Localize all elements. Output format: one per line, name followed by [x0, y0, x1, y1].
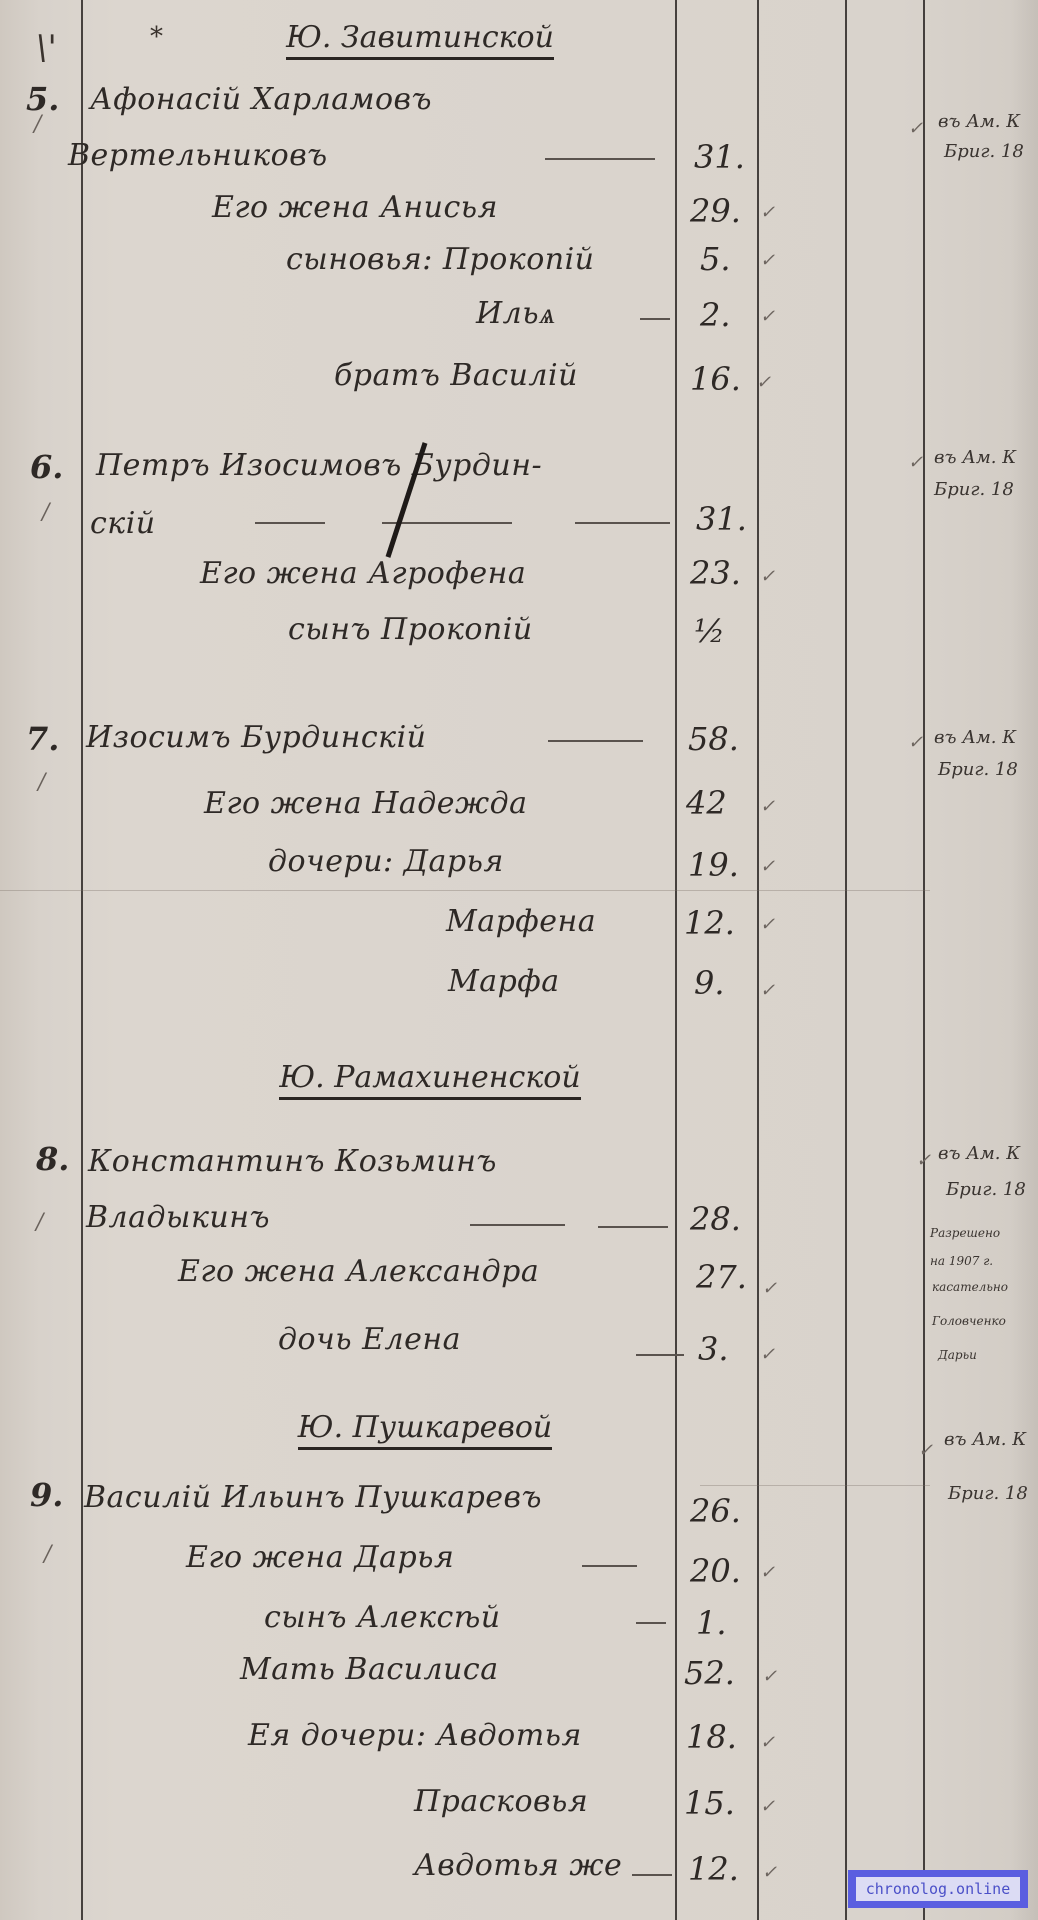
person-name: Петръ Изосимовъ Бурдин-	[96, 448, 542, 483]
age-value: 3.	[698, 1330, 729, 1368]
age-value: 15.	[684, 1784, 735, 1822]
age-value: 2.	[700, 296, 731, 334]
note-text: Головченко	[932, 1310, 1006, 1332]
check-mark: ✓	[918, 1440, 933, 1461]
age-value: 1.	[696, 1604, 727, 1642]
note-text: Бриг. 18	[944, 140, 1024, 164]
filler-dash	[255, 522, 325, 524]
person-name: Марфена	[446, 904, 596, 939]
person-name: Прасковья	[414, 1784, 588, 1819]
section-heading-text: Ю. Завитинской	[286, 20, 554, 60]
check-mark: ✓	[760, 202, 775, 223]
paper-crease	[700, 1485, 930, 1486]
check-mark: ✓	[762, 1278, 777, 1299]
age-value: 27.	[696, 1258, 747, 1296]
column-rule-margin	[81, 0, 83, 1920]
note-text: Бриг. 18	[948, 1482, 1028, 1506]
person-name: Вертельниковъ	[68, 138, 328, 173]
person-name: Василій Ильинъ Пушкаревъ	[84, 1480, 542, 1515]
age-value: 16.	[690, 360, 741, 398]
note-text: Разрешено	[930, 1222, 1000, 1244]
age-value: 42	[686, 784, 727, 822]
watermark-text: chronolog.online	[856, 1877, 1021, 1901]
filler-dash	[575, 522, 670, 524]
filler-dash	[640, 318, 670, 320]
person-name: сыновья: Прокопій	[286, 242, 595, 277]
person-name: дочь Елена	[278, 1322, 461, 1357]
note-text: въ Ам. К	[944, 1428, 1026, 1452]
check-mark: ✓	[760, 1344, 775, 1365]
person-name: Его жена Александра	[178, 1254, 539, 1289]
check-mark: ✓	[760, 1732, 775, 1753]
filler-dash	[548, 740, 643, 742]
filler-dash	[636, 1622, 666, 1624]
age-value: 12.	[684, 904, 735, 942]
person-name: Мать Василиса	[240, 1652, 499, 1687]
check-mark: ✓	[760, 856, 775, 877]
age-value: 5.	[700, 240, 731, 278]
note-text: Бриг. 18	[946, 1178, 1026, 1202]
person-name: сынъ Прокопій	[288, 612, 533, 647]
age-value: 9.	[694, 964, 725, 1002]
margin-mark: /	[36, 1210, 43, 1235]
age-value: 23.	[690, 554, 741, 592]
age-value: 18.	[686, 1718, 737, 1756]
person-name: Ильѧ	[476, 296, 556, 331]
margin-mark: \'	[36, 28, 57, 68]
entry-number: 7.	[26, 720, 59, 758]
person-name: Изосимъ Бурдинскій	[86, 720, 427, 755]
check-mark: ✓	[762, 1666, 777, 1687]
person-name: сынъ Алексѣй	[264, 1600, 501, 1635]
age-value: 52.	[684, 1654, 735, 1692]
person-name: Афонасій Харламовъ	[90, 82, 432, 117]
person-name: Константинъ Козьминъ	[88, 1144, 497, 1179]
person-name: Авдотья же	[414, 1848, 622, 1883]
margin-mark: /	[38, 770, 45, 795]
filler-dash	[582, 1565, 637, 1567]
check-mark: ✓	[756, 372, 771, 393]
section-heading: Ю. Пушкаревой	[220, 1410, 630, 1445]
check-mark: ✓	[760, 566, 775, 587]
check-mark: ✓	[762, 1862, 777, 1883]
note-text: въ Ам. К	[938, 1142, 1020, 1166]
check-mark: ✓	[916, 1150, 931, 1171]
note-text: въ Ам. К	[934, 446, 1016, 470]
entry-number: 8.	[36, 1140, 69, 1178]
person-name: дочери: Дарья	[268, 844, 504, 879]
person-name: Марфа	[448, 964, 560, 999]
check-mark: ✓	[760, 1562, 775, 1583]
person-name: Ея дочери: Авдотья	[248, 1718, 582, 1753]
person-name: скій	[90, 506, 156, 541]
age-value: 20.	[690, 1552, 741, 1590]
register-page: \' * Ю. Завитинской 5. / Афонасій Харлам…	[0, 0, 1038, 1920]
check-mark: ✓	[908, 118, 923, 139]
column-rule-age	[757, 0, 759, 1920]
age-value: 58.	[688, 720, 739, 758]
filler-dash	[632, 1874, 672, 1876]
filler-dash	[470, 1224, 565, 1226]
check-mark: ✓	[760, 250, 775, 271]
column-rule-notes	[923, 0, 925, 1920]
check-mark: ✓	[760, 796, 775, 817]
entry-number: 6.	[30, 448, 63, 486]
note-text: Бриг. 18	[938, 758, 1018, 782]
age-value: 31.	[694, 138, 745, 176]
age-value: 31.	[696, 500, 747, 538]
check-mark: ✓	[760, 914, 775, 935]
note-text: въ Ам. К	[938, 110, 1020, 134]
margin-mark: /	[44, 1542, 51, 1567]
person-name: Его жена Анисья	[212, 190, 498, 225]
person-name: Его жена Надежда	[204, 786, 528, 821]
watermark-badge[interactable]: chronolog.online	[848, 1870, 1028, 1908]
check-mark: ✓	[760, 1796, 775, 1817]
check-mark: ✓	[760, 980, 775, 1001]
note-text: Дарьи	[938, 1344, 977, 1366]
age-value: 28.	[690, 1200, 741, 1238]
section-heading-text: Ю. Пушкаревой	[298, 1410, 552, 1450]
check-mark: ✓	[760, 306, 775, 327]
section-heading: Ю. Рамахиненской	[180, 1060, 680, 1095]
note-text: касательно	[932, 1276, 1008, 1298]
margin-mark: /	[34, 112, 41, 137]
age-value: 26.	[690, 1492, 741, 1530]
age-value: 29.	[690, 192, 741, 230]
section-heading-text: Ю. Рамахиненской	[279, 1060, 580, 1100]
note-text: въ Ам. К	[934, 726, 1016, 750]
person-name: Его жена Агрофена	[200, 556, 526, 591]
note-text: Бриг. 18	[934, 478, 1014, 502]
section-heading: Ю. Завитинской	[220, 20, 620, 55]
filler-dash	[598, 1226, 668, 1228]
age-value: ½	[694, 612, 725, 650]
person-name: Его жена Дарья	[186, 1540, 454, 1575]
paper-crease	[0, 890, 930, 891]
person-name: братъ Василій	[334, 358, 578, 393]
filler-dash	[636, 1354, 684, 1356]
check-mark: ✓	[908, 452, 923, 473]
age-value: 19.	[688, 846, 739, 884]
filler-dash	[545, 158, 655, 160]
entry-number: 5.	[26, 80, 59, 118]
margin-mark: /	[42, 500, 49, 525]
column-rule-names	[675, 0, 677, 1920]
margin-mark: *	[150, 22, 163, 52]
column-rule-check	[845, 0, 847, 1920]
person-name: Владыкинъ	[86, 1200, 270, 1235]
entry-number: 9.	[30, 1476, 63, 1514]
age-value: 12.	[688, 1850, 739, 1888]
note-text: на 1907 г.	[930, 1250, 993, 1272]
check-mark: ✓	[908, 732, 923, 753]
